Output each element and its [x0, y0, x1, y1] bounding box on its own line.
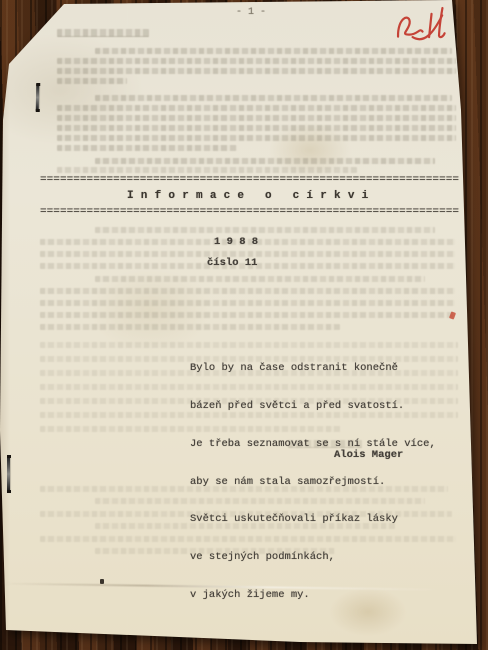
ghost-text-line	[40, 511, 452, 517]
ghost-text-line	[40, 536, 456, 542]
ghost-text-line	[57, 167, 357, 173]
quote-line: bázeň před světci a před svatostí.	[190, 400, 436, 413]
staple	[7, 456, 10, 492]
quote-line: Bylo by na čase odstranit konečně	[190, 362, 436, 375]
masthead-separator-bottom: ========================================…	[40, 206, 459, 218]
ghost-text-line	[57, 125, 456, 131]
red-handwritten-mark	[384, 0, 464, 54]
ghost-text-line	[57, 105, 456, 111]
ghost-text-line	[57, 29, 149, 37]
quote-block: Bylo by na čase odstranit konečně bázeň …	[190, 337, 436, 627]
ghost-text-line	[57, 58, 456, 64]
ghost-text-line	[57, 78, 127, 84]
ghost-text-line	[95, 48, 452, 54]
ghost-text-line	[95, 158, 435, 164]
ghost-text-line	[57, 135, 456, 141]
ghost-text-line	[57, 68, 456, 74]
photographed-document: - 1 - ===============================	[0, 0, 488, 650]
red-speck	[449, 311, 456, 319]
ghost-text-line	[95, 227, 435, 233]
ghost-text-line	[95, 95, 452, 101]
quote-line: v jakých žijeme my.	[190, 589, 436, 602]
staple	[36, 84, 39, 111]
ghost-page-number: - 1 -	[236, 7, 266, 18]
ghost-text-line	[40, 312, 455, 318]
ghost-text-line	[95, 276, 425, 282]
masthead-title: I n f o r m a c e o c í r k v i	[127, 190, 369, 202]
issue-number: číslo 11	[207, 257, 257, 269]
ghost-text-line	[40, 486, 448, 492]
ghost-text-line	[95, 548, 335, 554]
issue-year: 1 9 8 8	[214, 236, 258, 248]
page-content: - 1 - ===============================	[0, 0, 488, 650]
ghost-text-line	[95, 523, 395, 529]
ghost-text-line	[40, 300, 455, 306]
quote-attribution: Alois Mager	[334, 449, 403, 461]
ghost-text-line	[95, 498, 425, 504]
ghost-text-line	[57, 115, 456, 121]
ghost-text-line	[57, 145, 237, 151]
ghost-text-line	[40, 324, 340, 330]
ghost-text-line	[40, 288, 455, 294]
masthead-separator-top: ========================================…	[40, 174, 459, 186]
